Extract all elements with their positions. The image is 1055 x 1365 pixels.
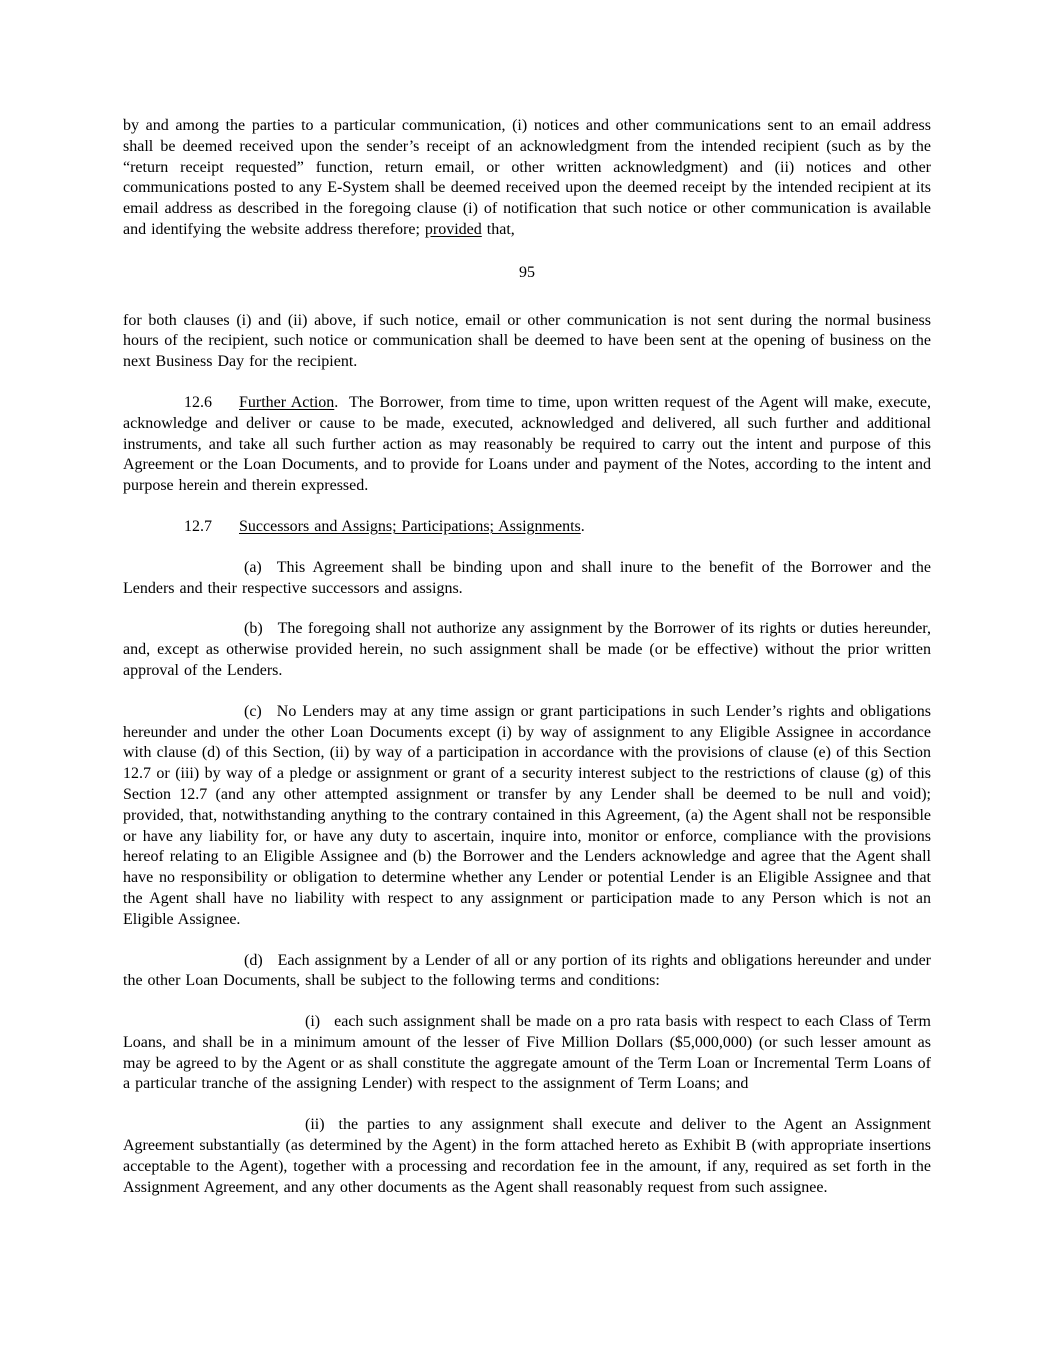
text-run: . bbox=[581, 518, 585, 535]
underlined-text: Further Action bbox=[239, 394, 334, 411]
underlined-text: Successors and Assigns; Participations; … bbox=[239, 518, 581, 535]
text-run: for both clauses (i) and (ii) above, if … bbox=[123, 312, 931, 371]
page-number: 95 bbox=[123, 263, 931, 284]
underlined-text: provided bbox=[425, 221, 482, 238]
text-run: 12.6 bbox=[184, 394, 212, 411]
clause-d: (d)Each assignment by a Lender of all or… bbox=[123, 951, 931, 993]
text-run: No Lenders may at any time assign or gra… bbox=[123, 703, 931, 928]
text-run: (i) bbox=[305, 1013, 320, 1030]
continuation-paragraph: by and among the parties to a particular… bbox=[123, 116, 931, 241]
clause-c: (c)No Lenders may at any time assign or … bbox=[123, 702, 931, 931]
text-run: the parties to any assignment shall exec… bbox=[123, 1116, 931, 1195]
clause-a: (a)This Agreement shall be binding upon … bbox=[123, 558, 931, 600]
text-run: that, bbox=[482, 221, 515, 238]
text-run: (ii) bbox=[305, 1116, 325, 1133]
section-12-7-successors-and-assigns: 12.7Successors and Assigns; Participatio… bbox=[123, 517, 931, 538]
text-run: (a) bbox=[244, 559, 262, 576]
document-page: by and among the parties to a particular… bbox=[0, 0, 1055, 1365]
section-12-6-further-action: 12.6Further Action. The Borrower, from t… bbox=[123, 393, 931, 497]
document-content: by and among the parties to a particular… bbox=[0, 0, 1055, 1198]
text-run: (c) bbox=[244, 703, 262, 720]
text-run: 12.7 bbox=[184, 518, 212, 535]
text-run: (d) bbox=[244, 952, 263, 969]
text-run: by and among the parties to a particular… bbox=[123, 117, 931, 238]
subclause-i: (i)each such assignment shall be made on… bbox=[123, 1012, 931, 1095]
text-run: each such assignment shall be made on a … bbox=[123, 1013, 931, 1092]
clause-b: (b)The foregoing shall not authorize any… bbox=[123, 619, 931, 681]
continuation-paragraph-2: for both clauses (i) and (ii) above, if … bbox=[123, 311, 931, 373]
text-run: (b) bbox=[244, 620, 263, 637]
subclause-ii: (ii)the parties to any assignment shall … bbox=[123, 1115, 931, 1198]
